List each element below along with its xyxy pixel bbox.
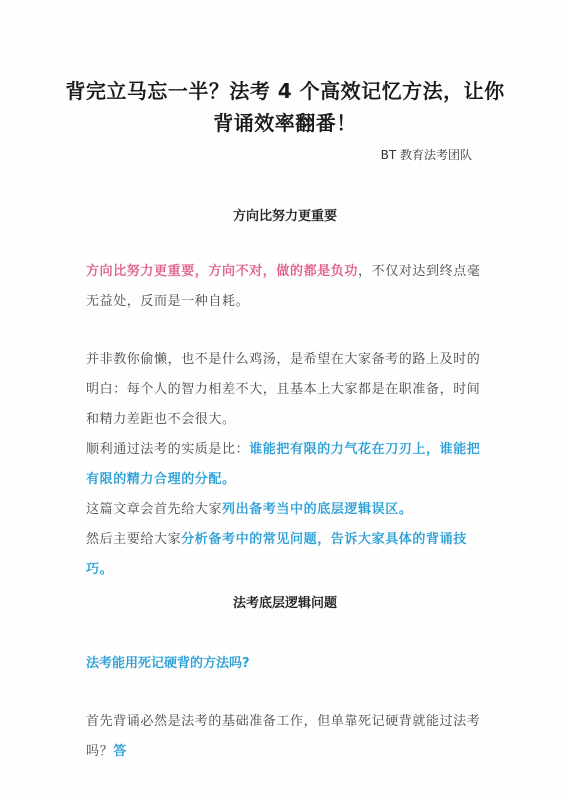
paragraph-article-main: 然后主要给大家分析备考中的常见问题，告诉大家具体的背诵技巧。: [86, 525, 486, 585]
paragraph-essence: 顺利通过法考的实质是比：谁能把有限的力气花在刀刃上，谁能把有限的精力合理的分配。: [86, 435, 486, 495]
highlight-text: 方向比努力更重要，方向不对，做的都是负功: [86, 264, 358, 279]
paragraph-article-intro: 这篇文章会首先给大家列出备考当中的底层逻辑误区。: [86, 495, 486, 525]
subheading-rote-memorization: 法考能用死记硬背的方法吗?: [86, 652, 250, 671]
paragraph-text: 这篇文章会首先给大家: [86, 502, 222, 517]
paragraph-text: 顺利通过法考的实质是比：: [86, 442, 249, 457]
section-heading-logic: 法考底层逻辑问题: [60, 592, 510, 611]
article-author: BT 教育法考团队: [381, 146, 472, 163]
paragraph-not-lazy: 并非教你偷懒，也不是什么鸡汤，是希望在大家备考的路上及时的明白：每个人的智力相差…: [86, 345, 486, 435]
paragraph-text: 然后主要给大家: [86, 532, 181, 547]
paragraph-recitation: 首先背诵必然是法考的基础准备工作，但单靠死记硬背就能过法考吗？答: [86, 707, 486, 767]
section-heading-direction: 方向比努力更重要: [60, 205, 510, 224]
paragraph-direction: 方向比努力更重要，方向不对，做的都是负功，不仅对达到终点毫无益处，反而是一种自耗…: [86, 257, 486, 317]
highlight-text: 列出备考当中的底层逻辑误区。: [222, 502, 412, 517]
document-page: 背完立马忘一半？法考 4 个高效记忆方法，让你背诵效率翻番！ BT 教育法考团队…: [0, 0, 566, 800]
article-title: 背完立马忘一半？法考 4 个高效记忆方法，让你背诵效率翻番！: [60, 75, 510, 139]
highlight-text: 答: [113, 744, 127, 759]
paragraph-text: 首先背诵必然是法考的基础准备工作，但单靠死记硬背就能过法考吗？: [86, 714, 480, 759]
